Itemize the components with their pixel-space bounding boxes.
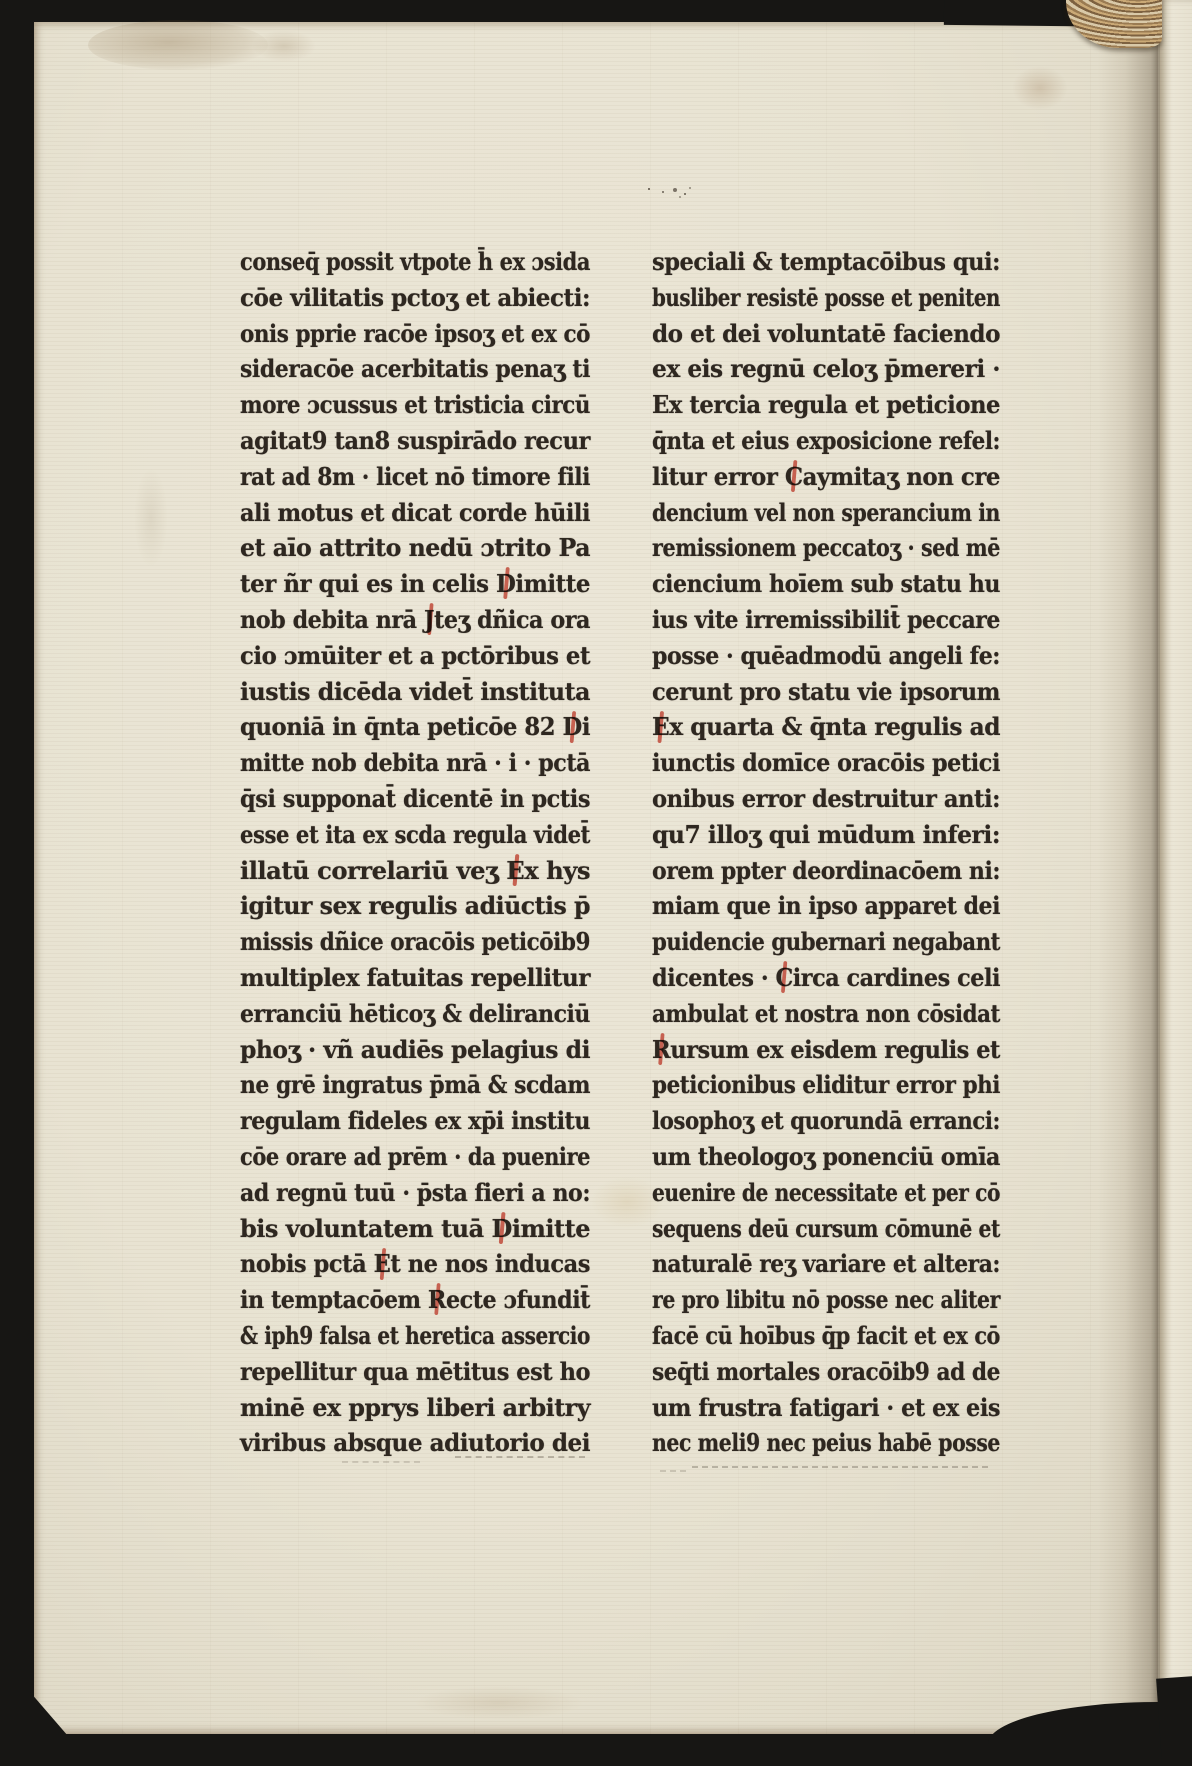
text-line: Ex quarta & q̄nta regulis ad (652, 709, 1000, 745)
text-line-content: ne grē ingratus p̄mā & scdam (240, 1067, 590, 1103)
bleedthrough-dashes (692, 1466, 988, 1468)
rubric-initial: R (428, 1285, 446, 1314)
text-line: nob debita nrā Jteʒ dñica ora (240, 602, 590, 638)
text-line: litur error Caymitaʒ non cre (652, 459, 1000, 495)
rubric-initial: J (424, 605, 434, 634)
text-line: cōe orare ad prēm · da puenire (240, 1139, 590, 1175)
text-segment: ne grē ingratus p̄mā & scdam (240, 1070, 590, 1099)
rubric-initial: R (652, 1035, 670, 1064)
text-line-content: do et dei voluntatē faciendo (652, 316, 1000, 352)
text-segment: agitat9 tan8 suspirādo recur (240, 426, 590, 455)
text-segment: conseq̄ possit vtpote h̄ ex ɔsida (240, 247, 590, 276)
text-line: esse et ita ex scda regula videt̄ (240, 817, 590, 853)
text-segment: um frustra fatigari · et ex eis (652, 1393, 1000, 1422)
gutter-fold-shadow (1098, 22, 1158, 1734)
text-line-content: nec meli9 nec peius habē posse (652, 1425, 1000, 1461)
text-segment: i (582, 712, 590, 741)
text-line: ne grē ingratus p̄mā & scdam (240, 1067, 590, 1103)
rubric-initial: E (652, 712, 669, 741)
text-line-content: euenire de necessitate et per cō (652, 1175, 1000, 1211)
rubric-initial: D (563, 712, 582, 741)
text-line-content: in temptacōem Recte ɔfundit̄ (240, 1282, 590, 1318)
text-segment: missis dñice oracōis peticōib9 (240, 927, 590, 956)
text-line: onibus error destruitur anti: (652, 781, 1000, 817)
text-line-content: q̄si supponat̄ dicentē in pctis (240, 781, 590, 817)
text-line-content: bis voluntatem tuā Dimitte (240, 1211, 590, 1247)
text-line: ter ñr qui es in celis Dimitte (240, 566, 590, 602)
text-line: peticionibus eliditur error phi (652, 1067, 1000, 1103)
text-segment: speciali & temptacōibus qui: (652, 247, 1000, 276)
text-line: busliber resistē posse et peniten (652, 280, 1000, 316)
text-line: Rursum ex eisdem regulis et (652, 1032, 1000, 1068)
text-line-content: re pro libitu nō posse nec aliter (652, 1282, 1000, 1318)
bleedthrough-dashes (342, 1461, 420, 1463)
text-line-content: cerunt pro statu vie ipsorum (652, 674, 1000, 710)
text-line: in temptacōem Recte ɔfundit̄ (240, 1282, 590, 1318)
text-segment: dicentes · (652, 963, 775, 992)
rubric-initial: D (496, 569, 515, 598)
text-segment: iustis dicēda videt̄ instituta (240, 677, 590, 706)
text-line-content: multiplex fatuitas repellitur (240, 960, 590, 996)
text-segment: cio ɔmūiter et a pctōribus et (240, 641, 590, 670)
text-line-content: nobis pctā Et ne nos inducas (240, 1246, 590, 1282)
text-line-content: ad regnū tuū · p̄sta fieri a no: (240, 1175, 590, 1211)
text-line: facē cū hoībus q̄p facit et ex cō (652, 1318, 1000, 1354)
text-line: ius vite irremissibilit̄ peccare (652, 602, 1000, 638)
text-segment: cōe vilitatis pctoʒ et abiecti: (240, 283, 590, 312)
text-segment: facē cū hoībus q̄p facit et ex cō (652, 1321, 1000, 1350)
text-line: et aīo attrito nedū ɔtrito Pa (240, 530, 590, 566)
text-segment: orem ppter deordinacōem ni: (652, 856, 1000, 885)
text-column-right: speciali & temptacōibus qui:busliber res… (652, 244, 1000, 1461)
text-line: cōe vilitatis pctoʒ et abiecti: (240, 280, 590, 316)
text-line-content: onis pprie racōe ipsoʒ et ex cō (240, 316, 590, 352)
text-line-content: qu7 illoʒ qui mūdum inferi: (652, 817, 1000, 853)
text-line: q̄nta et eius exposicione refel: (652, 423, 1000, 459)
text-segment: et aīo attrito nedū ɔtrito Pa (240, 533, 590, 562)
text-column-left: conseq̄ possit vtpote h̄ ex ɔsidacōe vil… (240, 244, 590, 1461)
text-line-content: litur error Caymitaʒ non cre (652, 459, 1000, 495)
text-line: repellitur qua mētitus est ho (240, 1354, 590, 1390)
text-line-content: cōe vilitatis pctoʒ et abiecti: (240, 280, 590, 316)
text-line: erranciū hēticoʒ & deliranciū (240, 996, 590, 1032)
text-segment: naturalē reʒ variare et altera: (652, 1249, 1000, 1278)
text-line: q̄si supponat̄ dicentē in pctis (240, 781, 590, 817)
text-line-content: iustis dicēda videt̄ instituta (240, 674, 590, 710)
text-segment: x quarta & q̄nta regulis ad (669, 712, 1000, 741)
adjacent-page-edge (1158, 0, 1192, 1690)
text-segment: & iph9 falsa et heretica assercio (240, 1321, 590, 1350)
text-segment: cōe orare ad prēm · da puenire (240, 1142, 590, 1171)
text-segment: ali motus et dicat corde hūili (240, 498, 590, 527)
text-line-content: Ex quarta & q̄nta regulis ad (652, 709, 1000, 745)
text-line: um theologoʒ ponenciū omīa (652, 1139, 1000, 1175)
text-segment: minē ex pprys liberi arbitry (240, 1393, 590, 1422)
text-line-content: dencium vel non sperancium in (652, 495, 1000, 531)
text-line-content: more ɔcussus et tristicia circū (240, 387, 590, 423)
text-segment: ursum ex eisdem regulis et (670, 1035, 1000, 1064)
text-segment: t ne nos inducas (390, 1249, 590, 1278)
text-line: rat ad 8m · licet nō timore fili (240, 459, 590, 495)
text-segment: in temptacōem (240, 1285, 428, 1314)
text-line: Ex tercia regula et peticione (652, 387, 1000, 423)
text-segment: viribus absque adiutorio dei (240, 1428, 590, 1457)
book-photo: conseq̄ possit vtpote h̄ ex ɔsidacōe vil… (0, 0, 1192, 1766)
text-segment: multiplex fatuitas repellitur (240, 963, 590, 992)
text-segment: Ex tercia regula et peticione (652, 390, 1000, 419)
text-segment: nobis pctā (240, 1249, 374, 1278)
text-line: do et dei voluntatē faciendo (652, 316, 1000, 352)
text-segment: euenire de necessitate et per cō (652, 1178, 1000, 1207)
text-line-content: minē ex pprys liberi arbitry (240, 1390, 590, 1426)
text-line: ciencium hoīem sub statu hu (652, 566, 1000, 602)
text-line: ex eis regnū celoʒ p̄mereri · (652, 351, 1000, 387)
text-line: minē ex pprys liberi arbitry (240, 1390, 590, 1426)
text-line: regulam fideles ex xp̄i institu (240, 1103, 590, 1139)
text-segment: illatū correlariū veʒ (240, 856, 506, 885)
text-segment: sideracōe acerbitatis penaʒ ti (240, 354, 590, 383)
text-segment: q̄si supponat̄ dicentē in pctis (240, 784, 590, 813)
text-segment: more ɔcussus et tristicia circū (240, 390, 590, 419)
text-line: cerunt pro statu vie ipsorum (652, 674, 1000, 710)
text-line-content: missis dñice oracōis peticōib9 (240, 924, 590, 960)
text-line: euenire de necessitate et per cō (652, 1175, 1000, 1211)
text-line-content: um theologoʒ ponenciū omīa (652, 1139, 1000, 1175)
text-line-content: erranciū hēticoʒ & deliranciū (240, 996, 590, 1032)
text-segment: qu7 illoʒ qui mūdum inferi: (652, 820, 1000, 849)
text-line: iunctis domīce oracōis petici (652, 745, 1000, 781)
text-segment: seq̄ti mortales oracōib9 ad de (652, 1357, 1000, 1386)
text-line-content: iunctis domīce oracōis petici (652, 745, 1000, 781)
text-line: ad regnū tuū · p̄sta fieri a no: (240, 1175, 590, 1211)
text-line: speciali & temptacōibus qui: (652, 244, 1000, 280)
text-segment: litur error (652, 462, 785, 491)
text-line: & iph9 falsa et heretica assercio (240, 1318, 590, 1354)
text-line-content: mitte nob debita nrā · i · pctā (240, 745, 590, 781)
text-line: dencium vel non sperancium in (652, 495, 1000, 531)
text-segment: peticionibus eliditur error phi (652, 1070, 1000, 1099)
text-line-content: rat ad 8m · licet nō timore fili (240, 459, 590, 495)
text-line-content: ex eis regnū celoʒ p̄mereri · (652, 351, 1000, 387)
bleedthrough-dashes (455, 1456, 585, 1458)
text-line-content: cio ɔmūiter et a pctōribus et (240, 638, 590, 674)
text-line: ambulat et nostra non cōsidat (652, 996, 1000, 1032)
text-line-content: igitur sex regulis adiūctis p̄ (240, 888, 590, 924)
text-segment: dencium vel non sperancium in (652, 498, 1000, 527)
text-line: conseq̄ possit vtpote h̄ ex ɔsida (240, 244, 590, 280)
text-line: losophoʒ et quorundā erranci: (652, 1103, 1000, 1139)
text-line-content: ambulat et nostra non cōsidat (652, 996, 1000, 1032)
text-segment: igitur sex regulis adiūctis p̄ (240, 891, 590, 920)
text-line: quoniā in q̄nta peticōe 82 Di (240, 709, 590, 745)
text-line: orem ppter deordinacōem ni: (652, 853, 1000, 889)
text-line-content: orem ppter deordinacōem ni: (652, 853, 1000, 889)
text-line-content: regulam fideles ex xp̄i institu (240, 1103, 590, 1139)
text-line: multiplex fatuitas repellitur (240, 960, 590, 996)
text-segment: erranciū hēticoʒ & deliranciū (240, 999, 590, 1028)
text-line-content: facē cū hoībus q̄p facit et ex cō (652, 1318, 1000, 1354)
text-segment: bis voluntatem tuā (240, 1214, 492, 1243)
text-line-content: quoniā in q̄nta peticōe 82 Di (240, 709, 590, 745)
text-line-content: agitat9 tan8 suspirādo recur (240, 423, 590, 459)
text-segment: ex eis regnū celoʒ p̄mereri · (652, 354, 1000, 383)
text-line-content: ciencium hoīem sub statu hu (652, 566, 1000, 602)
text-line: um frustra fatigari · et ex eis (652, 1390, 1000, 1426)
text-segment: repellitur qua mētitus est ho (240, 1357, 590, 1386)
text-segment: re pro libitu nō posse nec aliter (652, 1285, 1000, 1314)
text-line: ali motus et dicat corde hūili (240, 495, 590, 531)
text-segment: q̄nta et eius exposicione refel: (652, 426, 1000, 455)
text-line-content: q̄nta et eius exposicione refel: (652, 423, 1000, 459)
text-line-content: et aīo attrito nedū ɔtrito Pa (240, 530, 590, 566)
text-line-content: naturalē reʒ variare et altera: (652, 1246, 1000, 1282)
text-line-content: busliber resistē posse et peniten (652, 280, 1000, 316)
text-line-content: nob debita nrā Jteʒ dñica ora (240, 602, 590, 638)
text-segment: esse et ita ex scda regula videt̄ (240, 820, 590, 849)
text-line-content: onibus error destruitur anti: (652, 781, 1000, 817)
text-segment: ad regnū tuū · p̄sta fieri a no: (240, 1178, 590, 1207)
text-line-content: Rursum ex eisdem regulis et (652, 1032, 1000, 1068)
text-line-content: conseq̄ possit vtpote h̄ ex ɔsida (240, 244, 590, 280)
text-line: qu7 illoʒ qui mūdum inferi: (652, 817, 1000, 853)
bleedthrough-dashes (660, 1470, 686, 1472)
text-segment: ius vite irremissibilit̄ peccare (652, 605, 1000, 634)
text-segment: sequens deū cursum cōmunē et (652, 1214, 1000, 1243)
text-line-content: repellitur qua mētitus est ho (240, 1354, 590, 1390)
text-line-content: peticionibus eliditur error phi (652, 1067, 1000, 1103)
text-segment: busliber resistē posse et peniten (652, 283, 1000, 312)
text-line: phoʒ · vñ audiēs pelagius di (240, 1032, 590, 1068)
text-line-content: ter ñr qui es in celis Dimitte (240, 566, 590, 602)
background-edge-strip-bottom (1156, 1676, 1192, 1766)
text-segment: um theologoʒ ponenciū omīa (652, 1142, 1000, 1171)
text-line-content: ius vite irremissibilit̄ peccare (652, 602, 1000, 638)
text-line: mitte nob debita nrā · i · pctā (240, 745, 590, 781)
text-line: seq̄ti mortales oracōib9 ad de (652, 1354, 1000, 1390)
text-line-content: miam que in ipso apparet dei (652, 888, 1000, 924)
text-line-content: sideracōe acerbitatis penaʒ ti (240, 351, 590, 387)
rubric-initial: C (775, 963, 792, 992)
text-segment: regulam fideles ex xp̄i institu (240, 1106, 590, 1135)
text-line-content: phoʒ · vñ audiēs pelagius di (240, 1032, 590, 1068)
text-line: naturalē reʒ variare et altera: (652, 1246, 1000, 1282)
text-segment: do et dei voluntatē faciendo (652, 319, 1000, 348)
text-line: agitat9 tan8 suspirādo recur (240, 423, 590, 459)
text-line-content: & iph9 falsa et heretica assercio (240, 1318, 590, 1354)
text-line-content: ali motus et dicat corde hūili (240, 495, 590, 531)
text-line-content: speciali & temptacōibus qui: (652, 244, 1000, 280)
text-line: puidencie gubernari negabant (652, 924, 1000, 960)
text-segment: quoniā in q̄nta peticōe 82 (240, 712, 563, 741)
text-segment: ecte ɔfundit̄ (446, 1285, 590, 1314)
rubric-initial: E (374, 1249, 391, 1278)
text-line: igitur sex regulis adiūctis p̄ (240, 888, 590, 924)
text-segment: remissionem peccatoʒ · sed mē (652, 533, 1000, 562)
text-line: missis dñice oracōis peticōib9 (240, 924, 590, 960)
rubric-initial: E (506, 856, 524, 885)
text-line-content: um frustra fatigari · et ex eis (652, 1390, 1000, 1426)
text-line: nobis pctā Et ne nos inducas (240, 1246, 590, 1282)
text-segment: losophoʒ et quorundā erranci: (652, 1106, 1000, 1135)
text-line: iustis dicēda videt̄ instituta (240, 674, 590, 710)
text-segment: nob debita nrā (240, 605, 424, 634)
text-line-content: sequens deū cursum cōmunē et (652, 1211, 1000, 1247)
text-line: nec meli9 nec peius habē posse (652, 1425, 1000, 1461)
text-segment: cerunt pro statu vie ipsorum (652, 677, 1000, 706)
text-segment: puidencie gubernari negabant (652, 927, 1000, 956)
text-line-content: dicentes · Circa cardines celi (652, 960, 1000, 996)
text-line: more ɔcussus et tristicia circū (240, 387, 590, 423)
text-line: sideracōe acerbitatis penaʒ ti (240, 351, 590, 387)
text-segment: irca cardines celi (793, 963, 1000, 992)
text-segment: posse · quēadmodū angeli fe: (652, 641, 1000, 670)
text-segment: ter ñr qui es in celis (240, 569, 496, 598)
text-line-content: esse et ita ex scda regula videt̄ (240, 817, 590, 853)
text-line-content: losophoʒ et quorundā erranci: (652, 1103, 1000, 1139)
text-line-content: puidencie gubernari negabant (652, 924, 1000, 960)
ink-speckles (648, 188, 650, 190)
text-line-content: illatū correlariū veʒ Ex hys (240, 853, 590, 889)
text-segment: miam que in ipso apparet dei (652, 891, 1000, 920)
text-line: bis voluntatem tuā Dimitte (240, 1211, 590, 1247)
text-segment: imitte (512, 1214, 590, 1243)
text-line: miam que in ipso apparet dei (652, 888, 1000, 924)
text-line: remissionem peccatoʒ · sed mē (652, 530, 1000, 566)
text-segment: nec meli9 nec peius habē posse (652, 1428, 1000, 1457)
rubric-initial: C (785, 462, 803, 491)
text-line-content: cōe orare ad prēm · da puenire (240, 1139, 590, 1175)
text-segment: ciencium hoīem sub statu hu (652, 569, 1000, 598)
text-line: dicentes · Circa cardines celi (652, 960, 1000, 996)
text-line: sequens deū cursum cōmunē et (652, 1211, 1000, 1247)
text-segment: iunctis domīce oracōis petici (652, 748, 1000, 777)
text-line-content: posse · quēadmodū angeli fe: (652, 638, 1000, 674)
text-segment: rat ad 8m · licet nō timore fili (240, 462, 590, 491)
rubric-initial: D (492, 1214, 512, 1243)
text-line: re pro libitu nō posse nec aliter (652, 1282, 1000, 1318)
text-segment: teʒ dñica ora (434, 605, 590, 634)
text-line-content: remissionem peccatoʒ · sed mē (652, 530, 1000, 566)
text-segment: onibus error destruitur anti: (652, 784, 1000, 813)
text-line: illatū correlariū veʒ Ex hys (240, 853, 590, 889)
text-line: cio ɔmūiter et a pctōribus et (240, 638, 590, 674)
text-line: posse · quēadmodū angeli fe: (652, 638, 1000, 674)
text-segment: mitte nob debita nrā · i · pctā (240, 748, 590, 777)
text-segment: onis pprie racōe ipsoʒ et ex cō (240, 319, 590, 348)
text-line-content: seq̄ti mortales oracōib9 ad de (652, 1354, 1000, 1390)
text-segment: imitte (515, 569, 590, 598)
text-line: onis pprie racōe ipsoʒ et ex cō (240, 316, 590, 352)
text-segment: aymitaʒ non cre (803, 462, 1000, 491)
text-segment: phoʒ · vñ audiēs pelagius di (240, 1035, 590, 1064)
text-segment: x hys (524, 856, 590, 885)
text-segment: ambulat et nostra non cōsidat (652, 999, 1000, 1028)
text-line-content: Ex tercia regula et peticione (652, 387, 1000, 423)
